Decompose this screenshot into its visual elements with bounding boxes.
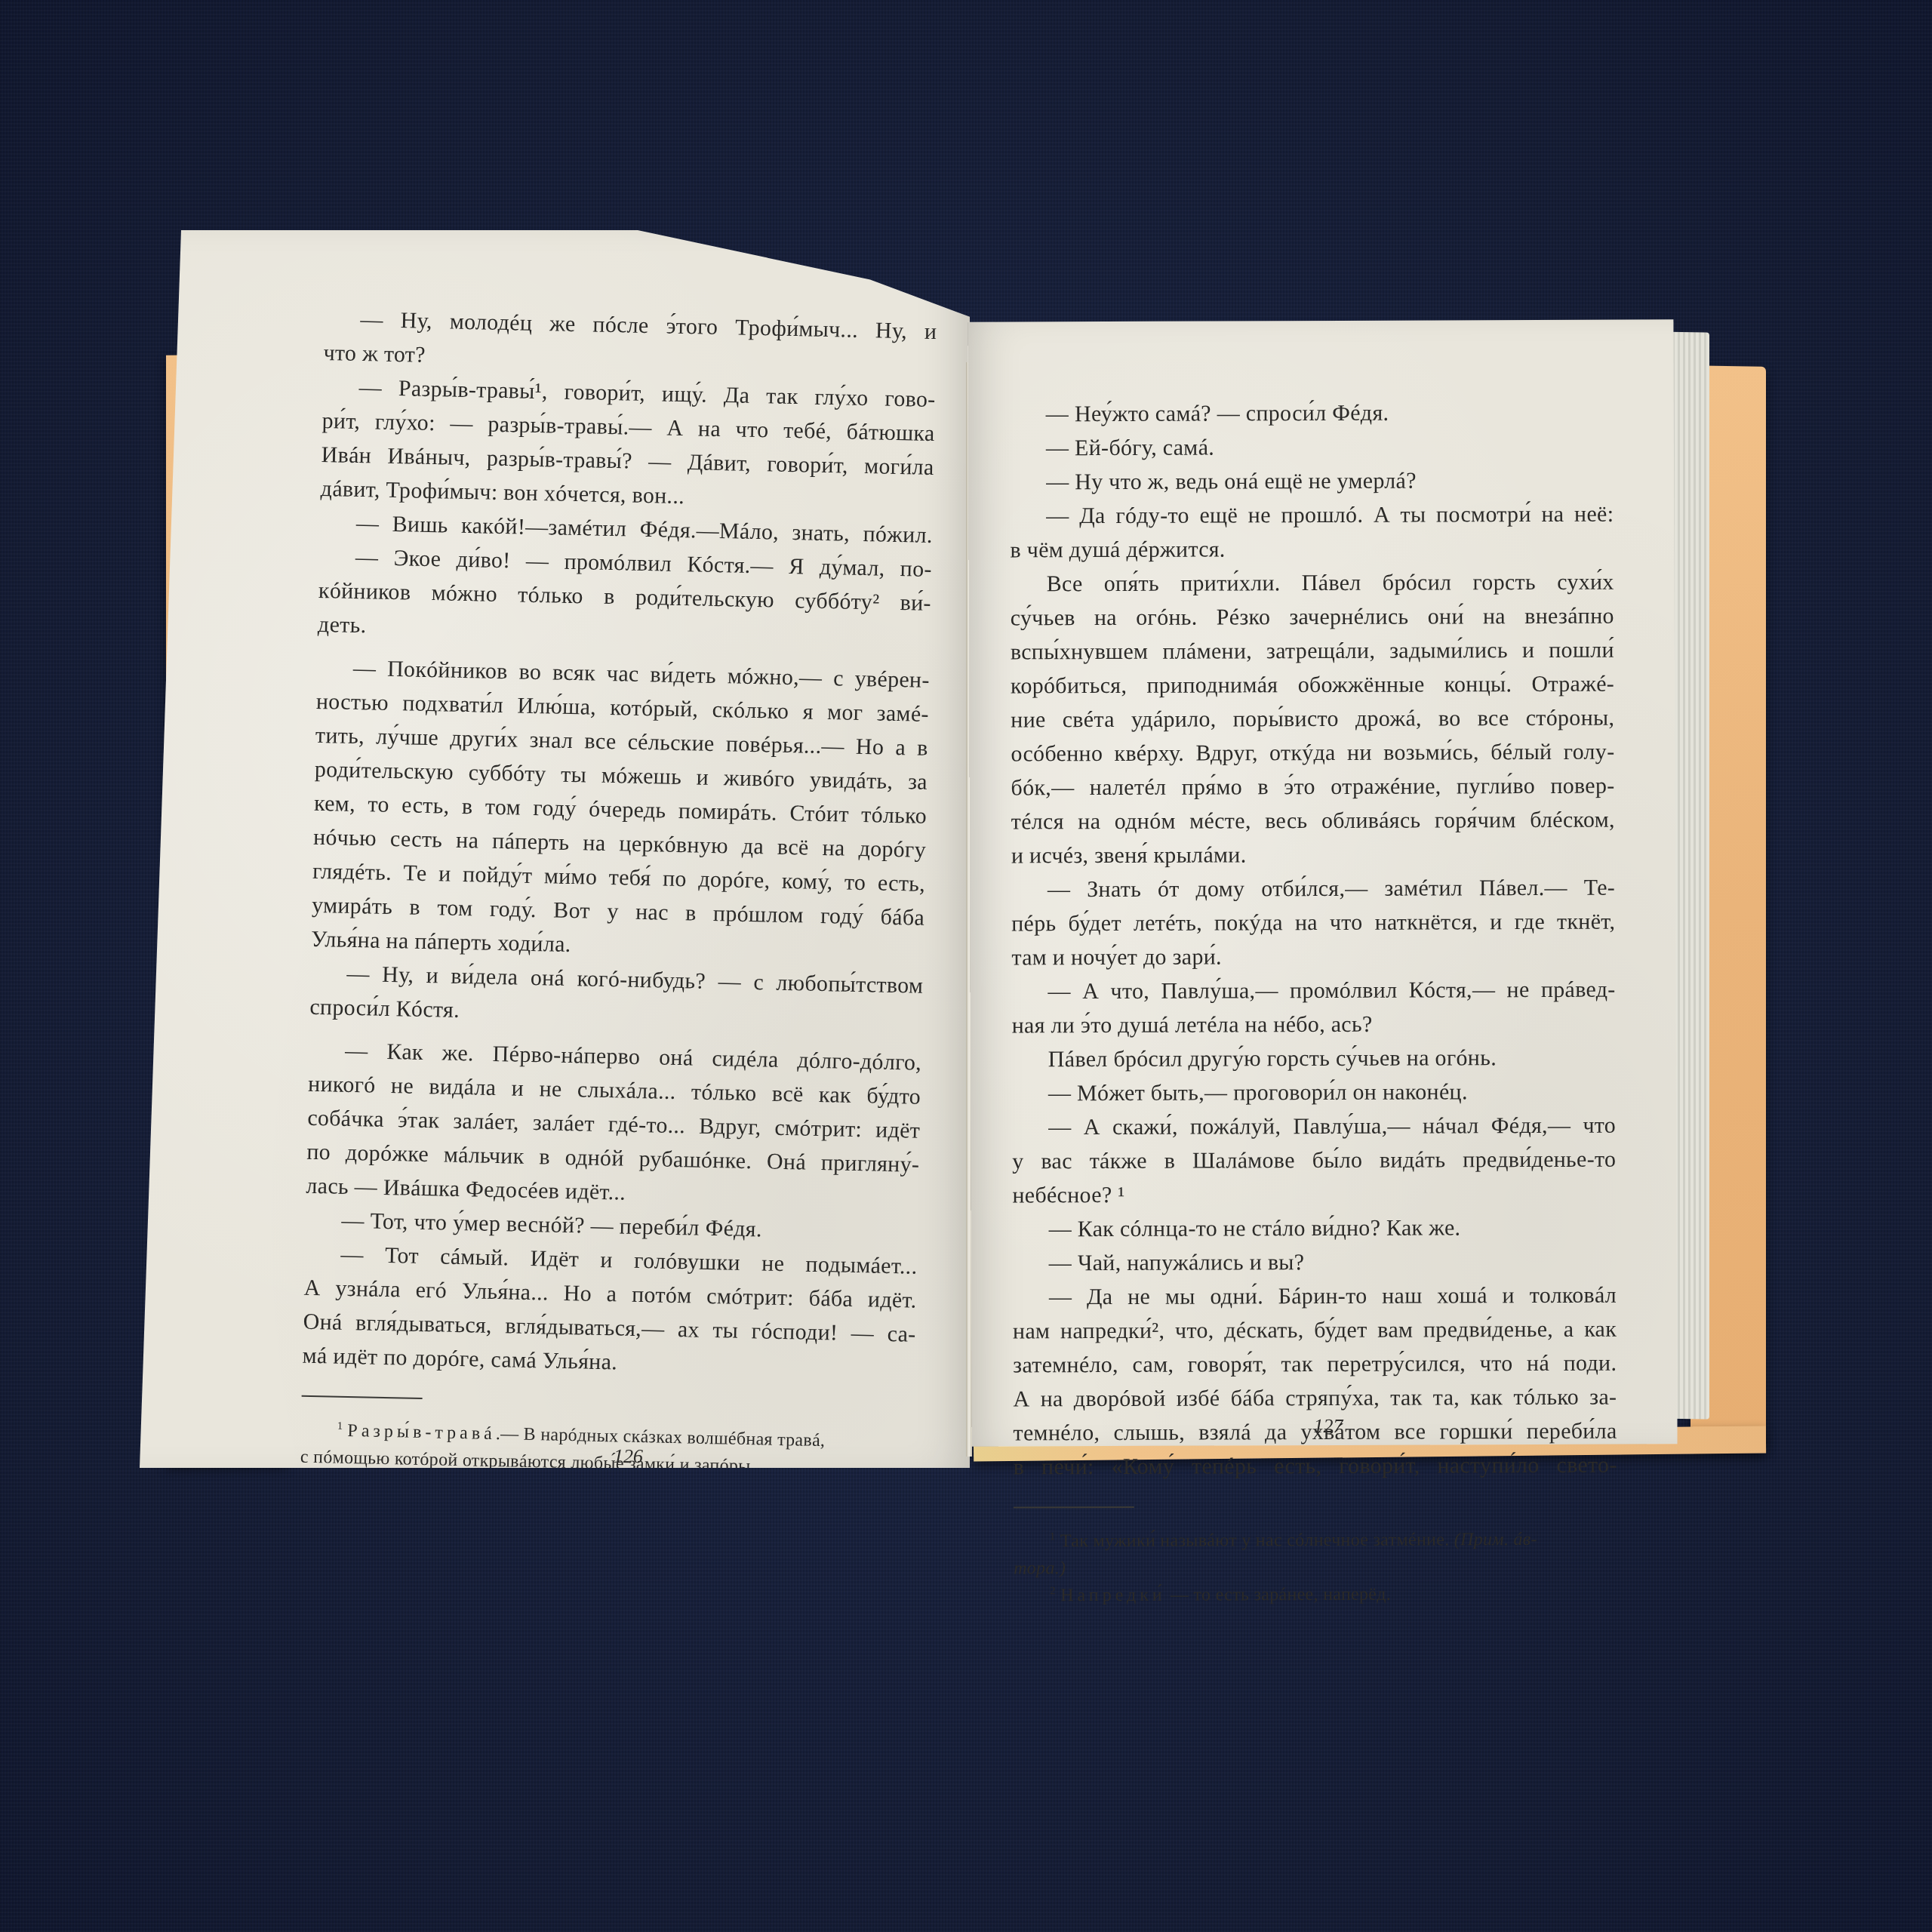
text-line: — Ей-бóгу, самá. xyxy=(1010,429,1614,466)
footnote-term: Разры́в-травá xyxy=(347,1421,496,1444)
footnote-2-continuation: ственников. xyxy=(298,1525,912,1565)
page-number: 126 xyxy=(614,1445,644,1469)
footnote-2: 2 Роди́тельская суббóта — по стáрому ру́… xyxy=(300,1471,913,1511)
text-line: затемнéло, сам, говоря́т, так перетру́си… xyxy=(1013,1346,1617,1383)
footnote-text: — то есть зарáнее, наперёд. xyxy=(1166,1585,1391,1605)
footnote-text: — по стáрому ру́сскому обы́- xyxy=(589,1481,825,1506)
footnote-text: .— В нарóдных скáзках волшéбная травá, xyxy=(496,1424,826,1451)
text-line: — Неу́жто самá? — спроси́л Фéдя. xyxy=(1010,395,1614,432)
text-line: — Как сóлнца-то не стáло ви́дно? Как же. xyxy=(1013,1211,1617,1247)
text-line: корóбиться, приподнимáя обожжённые концы… xyxy=(1011,667,1614,703)
page-number: 127 xyxy=(1313,1415,1343,1438)
text-line: тéлся на однóм мéсте, весь обливáясь гор… xyxy=(1011,803,1615,839)
footnote-1-continuation: тора.) xyxy=(1014,1553,1617,1583)
text-line: су́чьев на огóнь. Рéзко зачернéлись они́… xyxy=(1011,599,1614,635)
footnote-marker: 1 xyxy=(1050,1531,1056,1543)
text-line: пéрь бу́дет летéть, покýда на что наткнё… xyxy=(1011,905,1615,941)
footnote-term: Напредки́ xyxy=(1060,1586,1166,1605)
footnote-marker: 2 xyxy=(1050,1585,1056,1597)
footnote-term: Роди́тельская суббóта xyxy=(346,1475,590,1500)
left-page-footnotes: 1 Разры́в-травá.— В нарóдных скáзках вол… xyxy=(298,1417,914,1565)
right-page-footnotes: 1 Так мужики́ назывáют у нас сóлнечное з… xyxy=(1014,1526,1617,1610)
text-line: — Да не мы одни́. Бáрин-то наш хошá и то… xyxy=(1013,1278,1617,1315)
footnote-marker: 2 xyxy=(336,1475,342,1487)
footnote-2: 2 Напредки́ — то есть зарáнее, наперёд. xyxy=(1014,1580,1617,1610)
text-line: — Мóжет быть,— проговори́л он наконéц. xyxy=(1012,1075,1616,1111)
left-page-body: — Ну, молодéц же пóсле э́того Трофи́мыч.… xyxy=(298,302,937,1565)
text-line: в печи́: «Кому́ тепéрь есть, говори́т, н… xyxy=(1014,1448,1617,1484)
text-line: у вас тáкже в Шалáмове бы́ло видáть пред… xyxy=(1012,1143,1616,1179)
text-line: — Ну что ж, ведь онá ещё не умерлá? xyxy=(1010,463,1614,500)
text-line: вспы́хнувшем плáмени, затрещáли, задыми́… xyxy=(1011,633,1614,669)
text-line: небéсное? ¹ xyxy=(1012,1177,1616,1213)
text-line: ние свéта удáрило, поры́висто дрожá, во … xyxy=(1011,701,1614,737)
text-line: там и ночу́ет до зари́. xyxy=(1011,939,1615,975)
text-line: — Да гóду-то ещё не прошлó. А ты посмотр… xyxy=(1010,497,1614,534)
text-line: в чём душá дéржится. xyxy=(1010,531,1614,568)
text-line: ная ли э́то душá летéла на нéбо, ась? xyxy=(1012,1007,1616,1043)
text-line: бóк,— налетéл пря́мо в э́то отражéние, п… xyxy=(1011,769,1614,805)
text-line: нам напредки́², что, дéскать, бу́дет вам… xyxy=(1013,1312,1617,1349)
footnote-author-note: (Прим. áв- xyxy=(1454,1530,1537,1549)
text-line: Все опя́ть прити́хли. Пáвел брóсил горст… xyxy=(1011,565,1614,601)
book-photo-scene: — Ну, молодéц же пóсле э́того Трофи́мыч.… xyxy=(0,0,1932,1932)
footnote-separator xyxy=(302,1395,423,1399)
footnote-2-continuation: чаю, однá из суббóт в октябрé посвящáлас… xyxy=(299,1498,912,1538)
text-line: и исчéз, звеня́ крылáми. xyxy=(1011,837,1615,873)
text-line: А на дворóвой избé бáба стряпу́ха, так т… xyxy=(1013,1380,1617,1417)
footnote-text: Так мужики́ назывáют у нас сóлнечное зат… xyxy=(1060,1530,1450,1551)
right-page: — Неу́жто самá? — спроси́л Фéдя. — Ей-бó… xyxy=(968,319,1677,1446)
footnote-separator xyxy=(1014,1506,1134,1509)
text-line: — Чай, напужáлись и вы? xyxy=(1013,1244,1617,1281)
text-line: Пáвел брóсил другу́ю горсть су́чьев на о… xyxy=(1012,1041,1616,1077)
footnote-marker: 1 xyxy=(337,1420,343,1432)
text-line: — Знать óт дому отби́лся,— замéтил Пáвел… xyxy=(1011,871,1615,907)
text-line: — А что, Павлу́ша,— промóлвил Кóстя,— не… xyxy=(1011,973,1615,1009)
text-line: — А скажи́, пожáлуй, Павлу́ша,— нáчал Фé… xyxy=(1012,1109,1616,1145)
footnote-1: 1 Так мужики́ назывáют у нас сóлнечное з… xyxy=(1014,1526,1617,1555)
left-page: — Ну, молодéц же пóсле э́того Трофи́мыч.… xyxy=(140,230,970,1468)
text-line: осóбенно квéрху. Вдруг, откýда ни возьми… xyxy=(1011,735,1614,771)
